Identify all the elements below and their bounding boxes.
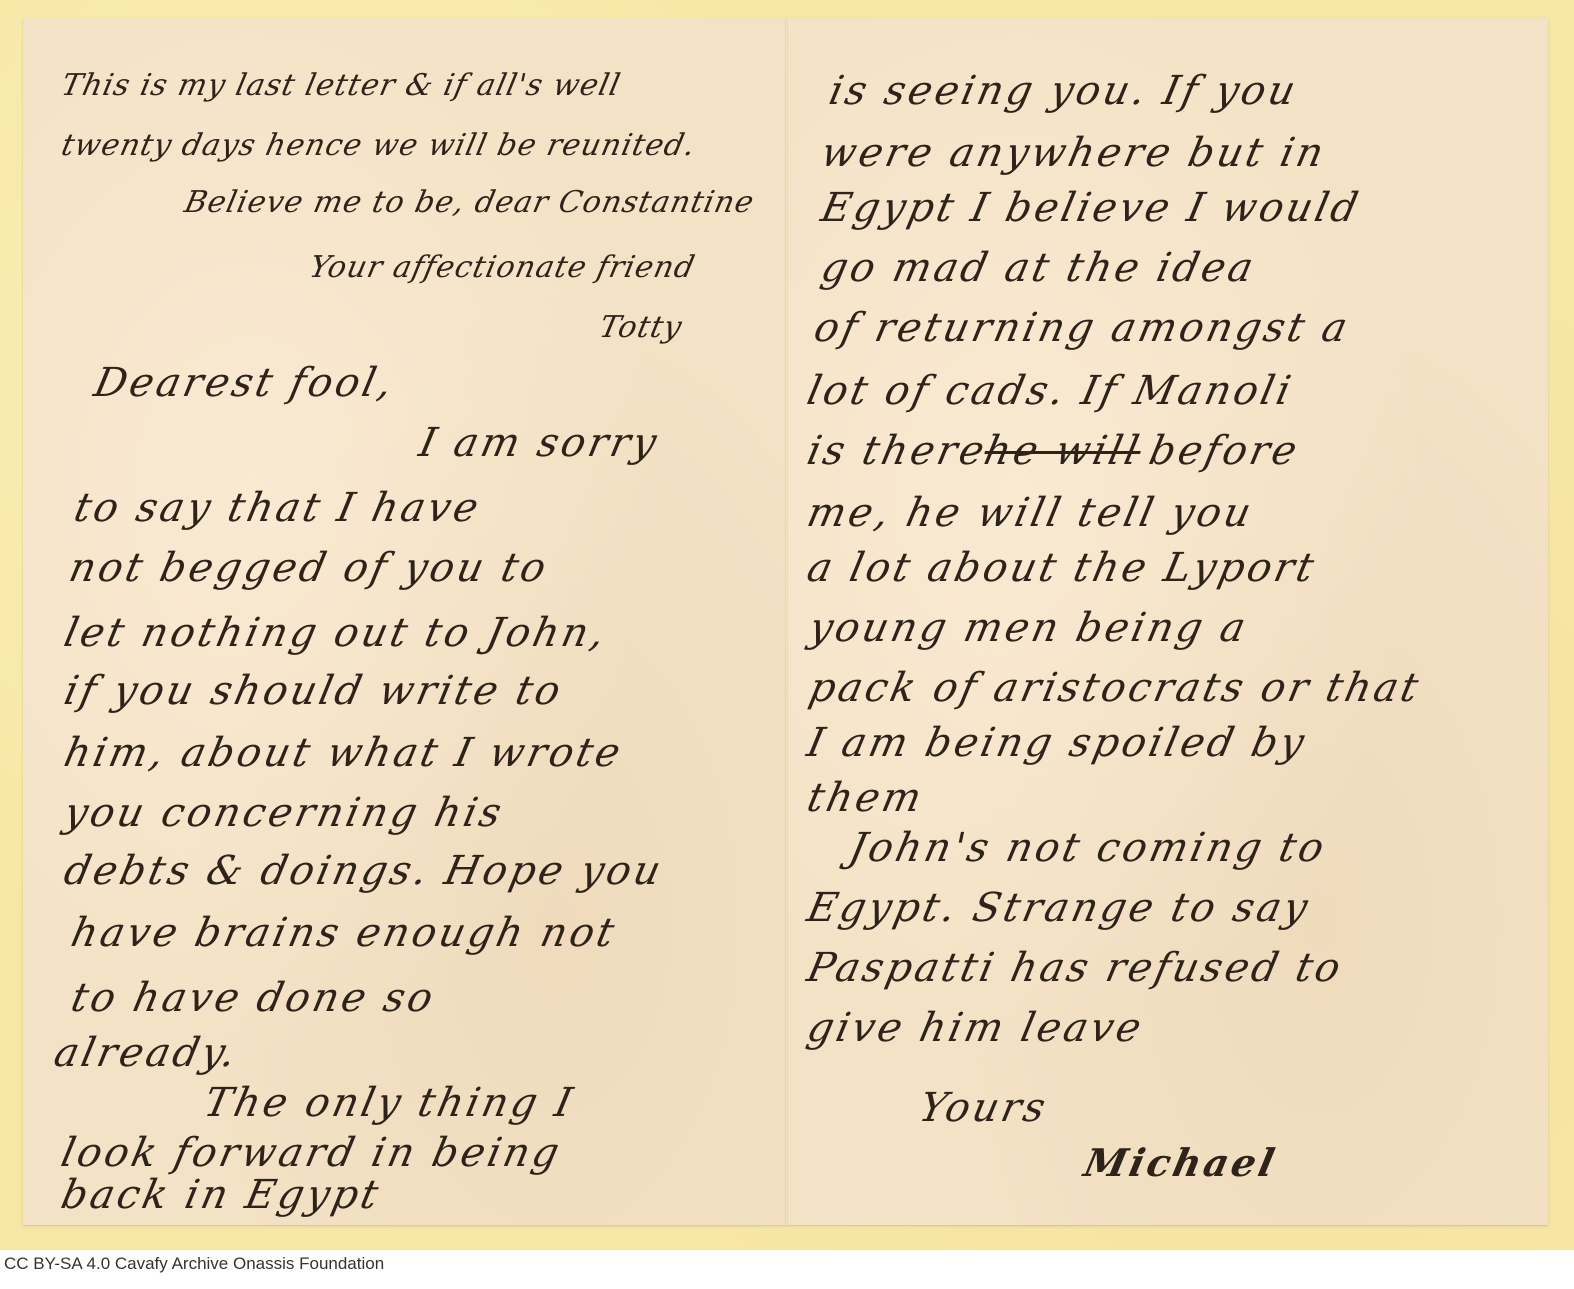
body-line: to have done so (67, 975, 440, 1021)
body-line: to say that I have (70, 485, 485, 531)
body-line: lot of cads. If Manoli (803, 368, 1297, 414)
body-line: debts & doings. Hope you (60, 848, 668, 894)
body-line: you concerning his (60, 790, 508, 836)
body-line: before (1145, 428, 1304, 474)
signature: Michael (1080, 1140, 1281, 1185)
body-line: young men being a (805, 605, 1252, 651)
body-line: a lot about the Lyport (803, 545, 1321, 591)
license-caption: CC BY-SA 4.0 Cavafy Archive Onassis Foun… (4, 1254, 384, 1274)
body-line: Paspatti has refused to (803, 945, 1347, 991)
body-line: look forward in being (57, 1130, 566, 1176)
body-line: of returning amongst a (810, 305, 1354, 351)
body-line: I am being spoiled by (803, 720, 1311, 766)
body-line: is there (803, 428, 991, 474)
body-line: were anywhere but in (817, 130, 1330, 176)
body-line: give him leave (803, 1005, 1148, 1051)
body-line: The only thing I (200, 1080, 579, 1126)
body-line: not begged of you to (65, 545, 553, 591)
body-line: me, he will tell you (803, 490, 1258, 536)
body-line: already. (50, 1030, 243, 1076)
body-line: go mad at the idea (817, 245, 1260, 291)
body-line: John's not coming to (845, 825, 1331, 871)
body-line: I am sorry (415, 420, 663, 466)
body-line: them (803, 775, 928, 821)
body-line: have brains enough not (67, 910, 621, 956)
struck-out-text: he will (980, 428, 1146, 474)
salutation: Dearest fool, (90, 360, 399, 406)
left-closing-line: Your affectionate friend (306, 250, 698, 285)
left-closing-line: twenty days hence we will be reunited. (58, 128, 699, 163)
left-closing-signature: Totty (596, 310, 685, 345)
left-closing-line: This is my last letter & if all's well (58, 68, 624, 103)
body-line: is seeing you. If you (825, 68, 1302, 114)
body-line: him, about what I wrote (60, 730, 627, 776)
closing: Yours (915, 1085, 1052, 1131)
body-line: pack of aristocrats or that (805, 665, 1425, 711)
body-line: Egypt. Strange to say (803, 885, 1314, 931)
page-fold (785, 18, 788, 1225)
body-line: if you should write to (60, 668, 567, 714)
body-line: let nothing out to John, (60, 610, 611, 656)
body-line: Egypt I believe I would (817, 185, 1365, 231)
body-line: back in Egypt (57, 1172, 385, 1218)
left-closing-line: Believe me to be, dear Constantine (181, 185, 757, 220)
